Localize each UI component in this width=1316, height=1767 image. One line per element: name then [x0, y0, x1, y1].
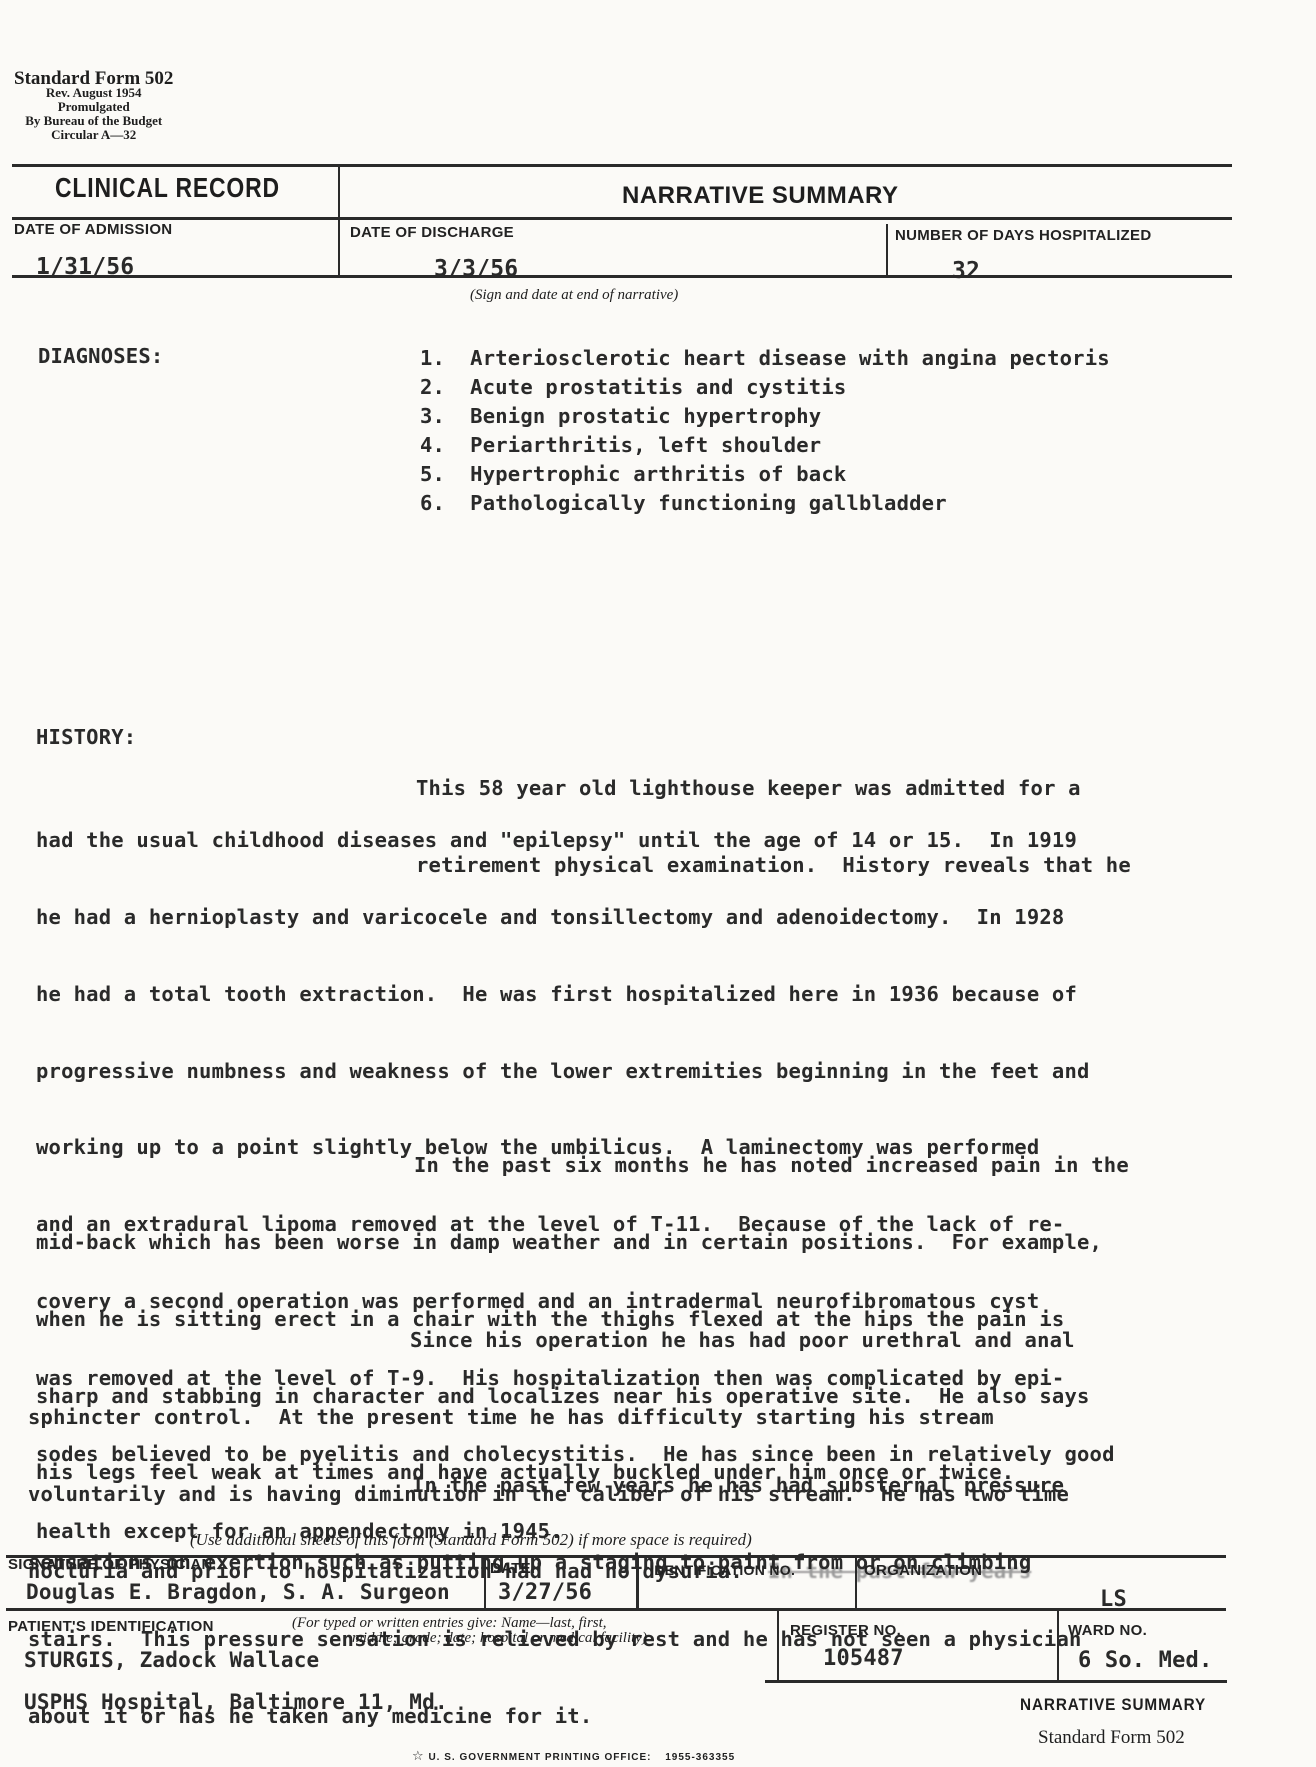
diagnosis-item: 1. Arteriosclerotic heart disease with a… — [420, 344, 1110, 373]
patient-id-label: PATIENT'S IDENTIFICATION — [8, 1618, 214, 1635]
history-line: he had a hernioplasty and varicocele and… — [36, 905, 1115, 931]
days-hospitalized-value: 32 — [952, 258, 980, 284]
history-line: In the past six months he has noted incr… — [36, 1153, 1129, 1179]
diagnosis-item: 2. Acute prostatitis and cystitis — [420, 373, 1110, 402]
history-line: mid-back which has been worse in damp we… — [36, 1230, 1129, 1256]
form-circular: Circular A—32 — [14, 128, 173, 142]
history-line: In the past few years he has had subster… — [28, 1473, 1082, 1499]
ward-value: 6 So. Med. — [1078, 1648, 1212, 1673]
signature-date-label: DATE — [490, 1560, 531, 1577]
header-top-rule — [12, 164, 1232, 167]
identification-label: IDENTIFICATION NO. — [650, 1562, 795, 1578]
register-label: REGISTER NO. — [790, 1622, 901, 1639]
history-line: Since his operation he has had poor uret… — [28, 1328, 1075, 1354]
form-number: Standard Form 502 — [14, 72, 173, 86]
history-line: he had a total tooth extraction. He was … — [36, 982, 1115, 1008]
form-bureau: By Bureau of the Budget — [14, 114, 173, 128]
footer-bottom-rule — [765, 1680, 1227, 1683]
narrative-summary-title: NARRATIVE SUMMARY — [622, 182, 899, 210]
printer-line: ☆ U. S. GOVERNMENT PRINTING OFFICE: 1955… — [412, 1748, 735, 1764]
bottom-narrative-title: NARRATIVE SUMMARY — [1020, 1695, 1206, 1715]
days-hospitalized-label: NUMBER OF DAYS HOSPITALIZED — [895, 227, 1151, 244]
star-icon: ☆ — [412, 1748, 425, 1763]
history-label: HISTORY: — [36, 725, 136, 749]
organization-label: ORGANIZATION — [864, 1562, 982, 1579]
dates-top-rule — [12, 217, 1232, 220]
continuation-note: (Use additional sheets of this form (Sta… — [190, 1530, 752, 1550]
diagnoses-label: DIAGNOSES: — [38, 344, 163, 368]
history-line: progressive numbness and weakness of the… — [36, 1059, 1115, 1085]
signature-date: 3/27/56 — [498, 1580, 592, 1605]
admission-date-label: DATE OF ADMISSION — [14, 221, 172, 238]
diagnosis-item: 6. Pathologically functioning gallbladde… — [420, 489, 1110, 518]
dates-bottom-rule — [12, 275, 1232, 278]
register-value: 105487 — [823, 1646, 904, 1671]
sign-note: (Sign and date at end of narrative) — [470, 287, 678, 304]
diagnosis-item: 4. Periarthritis, left shoulder — [420, 431, 1110, 460]
footer-middle-rule — [6, 1608, 1226, 1611]
printer-name: U. S. GOVERNMENT PRINTING OFFICE: — [428, 1752, 651, 1763]
patient-facility: USPHS Hospital, Baltimore 11, Md. — [24, 1690, 448, 1714]
footer-divider-id — [636, 1558, 639, 1610]
discharge-date-label: DATE OF DISCHARGE — [350, 224, 514, 241]
physician-signature: Douglas E. Bragdon, S. A. Surgeon — [26, 1580, 450, 1604]
diagnoses-list: 1. Arteriosclerotic heart disease with a… — [420, 344, 1110, 518]
footer-divider-register — [777, 1610, 779, 1682]
form-identifier-block: Standard Form 502 Rev. August 1954 Promu… — [14, 72, 173, 142]
clinical-record-title: CLINICAL RECORD — [55, 172, 280, 204]
footer-divider-ward — [1057, 1610, 1059, 1682]
history-line: had the usual childhood diseases and "ep… — [36, 828, 1115, 854]
ward-label: WARD NO. — [1068, 1622, 1147, 1639]
dates-divider-2 — [886, 224, 888, 277]
patient-name: STURGIS, Zadock Wallace — [24, 1648, 319, 1672]
bottom-form-number: Standard Form 502 — [1038, 1727, 1185, 1749]
signature-label: SIGNATURE OF PHYSICIAN — [8, 1556, 213, 1573]
patient-id-note-line2: middle; grade; date; hospital or medical… — [352, 1630, 647, 1647]
form-promulgated: Promulgated — [14, 100, 173, 114]
printer-code: 1955-363355 — [665, 1752, 735, 1763]
footer-divider-org — [855, 1558, 857, 1610]
discharge-date-value: 3/3/56 — [434, 256, 518, 282]
diagnosis-item: 5. Hypertrophic arthritis of back — [420, 460, 1110, 489]
footer-divider-date — [484, 1555, 486, 1609]
diagnosis-item: 3. Benign prostatic hypertrophy — [420, 402, 1110, 431]
dates-divider-1 — [338, 217, 340, 277]
